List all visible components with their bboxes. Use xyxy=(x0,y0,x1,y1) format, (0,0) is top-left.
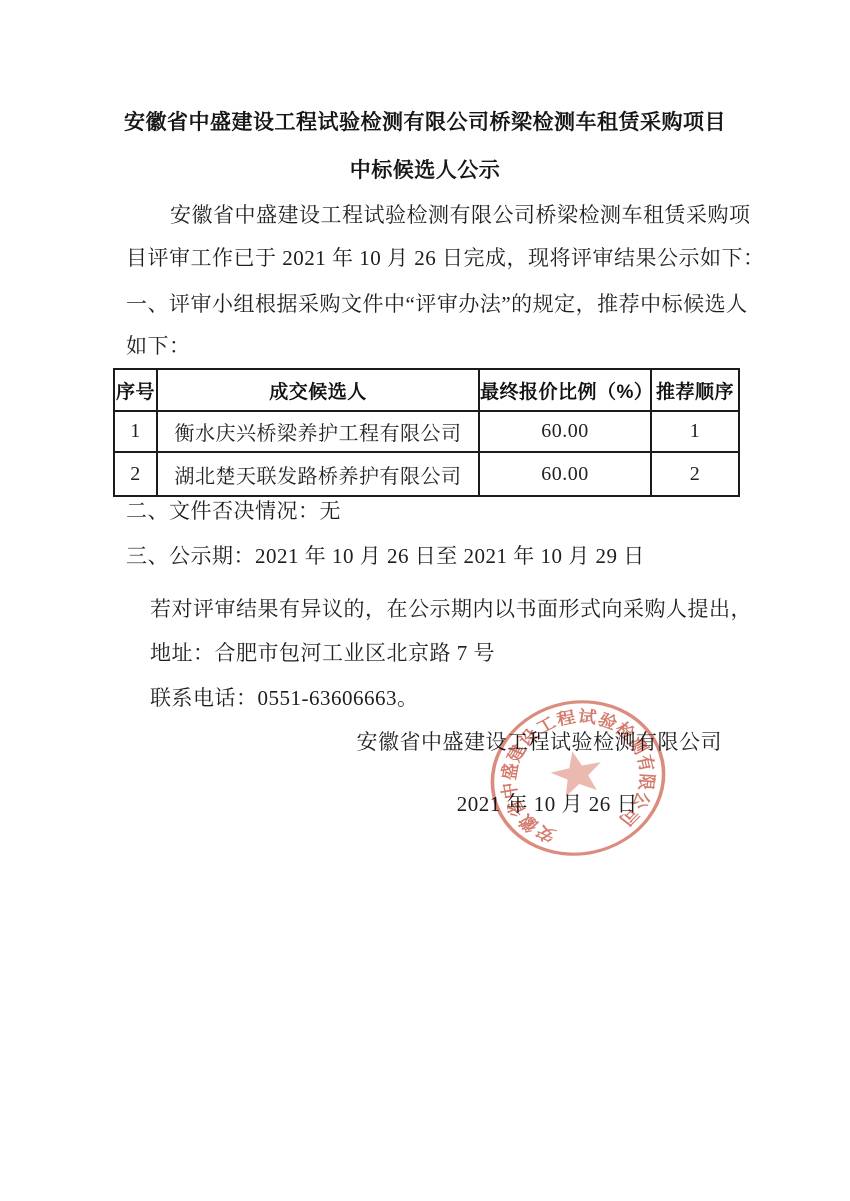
row1-rank: 1 xyxy=(651,411,739,452)
bid-candidates-table: 序号 成交候选人 最终报价比例（%） 推荐顺序 1 衡水庆兴桥梁养护工程有限公司… xyxy=(113,368,740,497)
signature-date: 2021 年 10 月 26 日 xyxy=(457,790,638,818)
row1-serial: 1 xyxy=(114,411,157,452)
document-title-line2: 中标候选人公示 xyxy=(113,154,737,184)
row2-rank: 2 xyxy=(651,452,739,496)
table-header-row: 序号 成交候选人 最终报价比例（%） 推荐顺序 xyxy=(114,369,739,411)
phone-line: 联系电话：0551-63606663。 xyxy=(150,684,419,712)
row2-serial: 2 xyxy=(114,452,157,496)
header-candidate-name: 成交候选人 xyxy=(157,369,479,411)
notice-document-page: 安徽省中盛建设工程试验检测有限公司桥梁检测车租赁采购项目 中标候选人公示 安徽省… xyxy=(0,0,850,1201)
intro-line-4: 如下： xyxy=(126,332,191,360)
table-row: 1 衡水庆兴桥梁养护工程有限公司 60.00 1 xyxy=(114,411,739,452)
company-seal-stamp: 安徽省中盛建设工程试验检测有限公司 xyxy=(478,688,678,868)
header-recommended-order: 推荐顺序 xyxy=(651,369,739,411)
seal-ring-text: 安徽省中盛建设工程试验检测有限公司 xyxy=(485,692,669,854)
row2-candidate: 湖北楚天联发路桥养护有限公司 xyxy=(157,452,479,496)
intro-line-3: 一、评审小组根据采购文件中“评审办法”的规定，推荐中标候选人 xyxy=(126,290,748,318)
section-rejection-status: 二、文件否决情况：无 xyxy=(126,497,341,525)
row1-candidate: 衡水庆兴桥梁养护工程有限公司 xyxy=(157,411,479,452)
objection-instruction-line: 若对评审结果有异议的，在公示期内以书面形式向采购人提出， xyxy=(150,595,752,623)
signature-company-name: 安徽省中盛建设工程试验检测有限公司 xyxy=(357,728,723,756)
seal-ring xyxy=(478,688,678,868)
intro-line-2: 目评审工作已于 2021 年 10 月 26 日完成，现将评审结果公示如下： xyxy=(126,244,765,272)
row2-ratio: 60.00 xyxy=(479,452,651,496)
table-row: 2 湖北楚天联发路桥养护有限公司 60.00 2 xyxy=(114,452,739,496)
row1-ratio: 60.00 xyxy=(479,411,651,452)
document-title-line1: 安徽省中盛建设工程试验检测有限公司桥梁检测车租赁采购项目 xyxy=(113,106,737,136)
address-line: 地址：合肥市包河工业区北京路 7 号 xyxy=(150,639,495,667)
header-serial-number: 序号 xyxy=(114,369,157,411)
header-final-price-ratio: 最终报价比例（%） xyxy=(479,369,651,411)
intro-line-1: 安徽省中盛建设工程试验检测有限公司桥梁检测车租赁采购项 xyxy=(170,201,751,229)
section-publicity-period: 三、公示期：2021 年 10 月 26 日至 2021 年 10 月 29 日 xyxy=(126,542,645,570)
